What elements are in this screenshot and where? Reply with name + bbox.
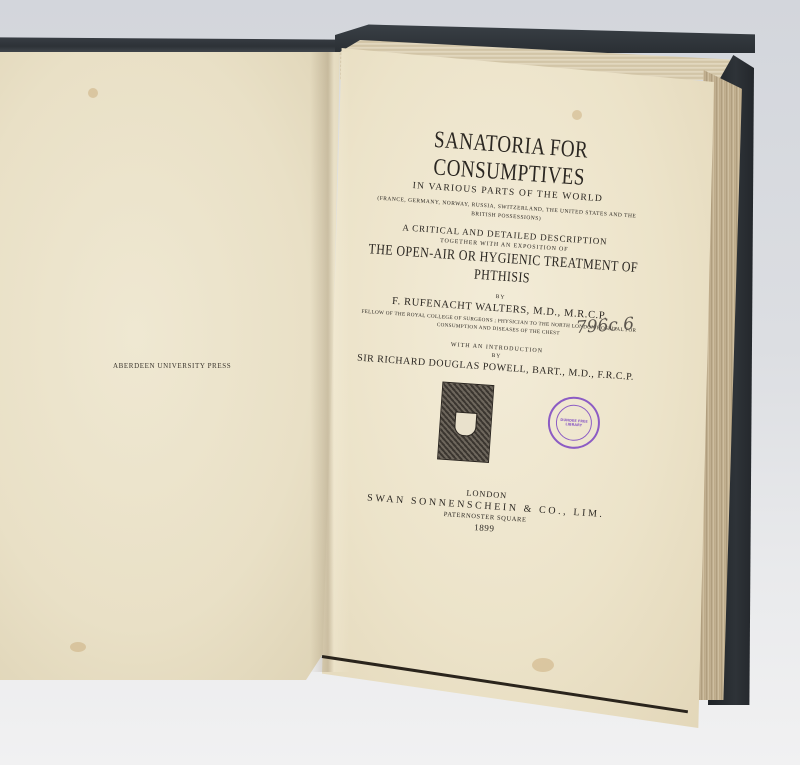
publisher-device-icon (437, 382, 494, 463)
foxing-spot (532, 658, 554, 672)
foxing-spot (88, 88, 98, 98)
handwritten-shelfmark: 796c 6 (575, 314, 634, 338)
stamp-text: DUNDEE FREE LIBRARY (559, 418, 589, 428)
book-cover-top-edge-left (0, 33, 340, 55)
foxing-spot (572, 110, 582, 120)
heraldic-shield-icon (454, 412, 478, 437)
printer-imprint: ABERDEEN UNIVERSITY PRESS (113, 362, 231, 370)
book-photo: ABERDEEN UNIVERSITY PRESS SANATORIA FOR … (0, 0, 800, 765)
gutter-shadow (310, 52, 350, 672)
emblem-row: DUNDEE FREE LIBRARY (349, 375, 634, 480)
library-stamp-icon: DUNDEE FREE LIBRARY (546, 395, 602, 451)
foxing-spot (70, 642, 86, 652)
